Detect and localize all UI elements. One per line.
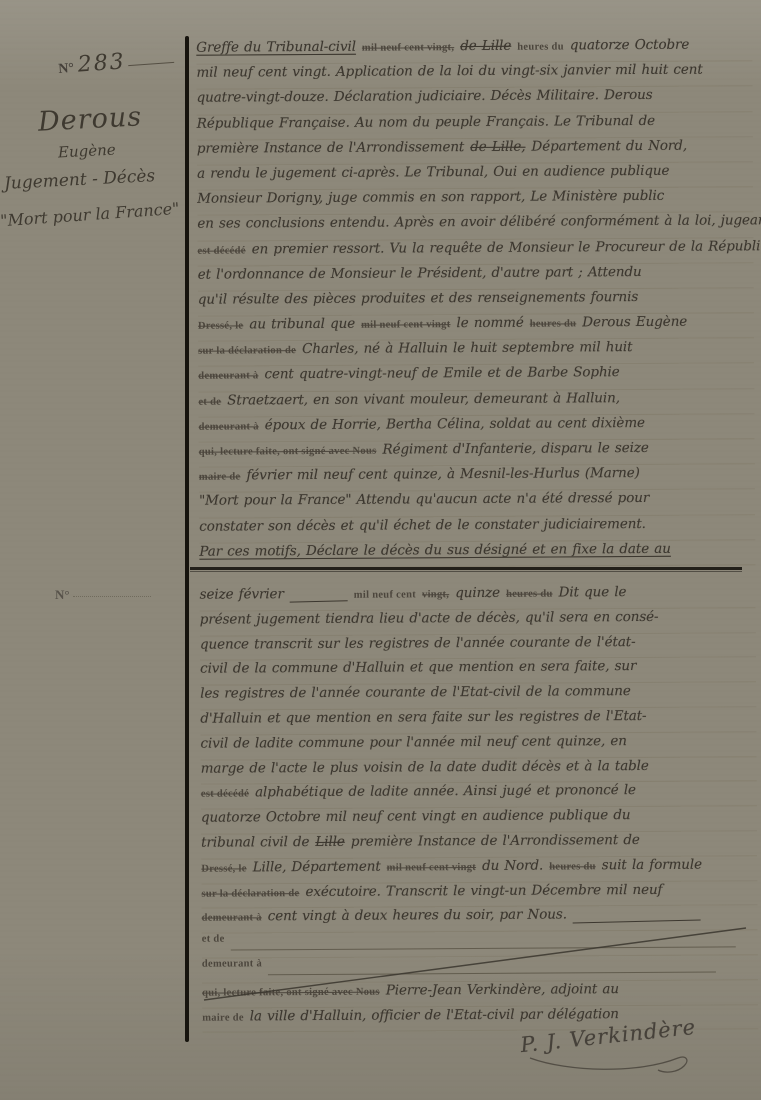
- handwritten-text: première Instance de l'Arrondissement de: [351, 832, 640, 850]
- printed-form-text: Dressé, le: [198, 320, 243, 331]
- vertical-rule: [185, 36, 189, 1042]
- second-act-number: N°: [55, 584, 151, 603]
- text-line: est décédéen premier ressort. Vu la requ…: [197, 238, 753, 267]
- handwritten-text: Straetzaert, en son vivant mouleur, deme…: [227, 390, 620, 408]
- printed-form-text: est décédé: [197, 245, 245, 256]
- printed-form-text: vingt,: [422, 589, 449, 600]
- handwritten-text: alphabétique de ladite année. Ainsi jugé…: [255, 782, 636, 800]
- text-line: Monsieur Dorigny, juge commis en son rap…: [197, 187, 753, 216]
- handwritten-text: quatorze Octobre mil neuf cent vingt en …: [201, 807, 631, 826]
- handwritten-text: et l'ordonnance de Monsieur le Président…: [198, 264, 642, 283]
- printed-form-text: mil neuf cent vingt,: [362, 42, 454, 54]
- handwritten-text: Monsieur Dorigny, juge commis en son rap…: [197, 188, 664, 207]
- scanned-register-page: N°283 Derous Eugène Jugement - Décès "Mo…: [0, 0, 761, 1100]
- margin-mention-mort-pour-la-france: "Mort pour la France": [0, 199, 180, 230]
- printed-form-text: demeurant à: [198, 371, 258, 382]
- handwritten-text: exécutoire. Transcrit le vingt-un Décemb…: [305, 881, 662, 899]
- text-line: constater son décès et qu'il échet de le…: [199, 515, 755, 544]
- handwritten-text: époux de Horrie, Bertha Célina, soldat a…: [265, 415, 645, 433]
- printed-form-text: mil neuf cent vingt: [361, 319, 450, 331]
- printed-form-text: Dressé, le: [201, 863, 246, 874]
- section-divider-rule: [190, 567, 742, 572]
- text-line: qui, lecture faite, ont signé avec NousR…: [199, 439, 755, 468]
- text-line: qui, lecture faite, ont signé avec NousP…: [202, 980, 758, 1008]
- handwritten-text: cent quatre-vingt-neuf de Emile et de Ba…: [264, 365, 619, 383]
- handwritten-text: marge de l'acte le plus voisin de la dat…: [201, 758, 649, 777]
- margin-firstname: Eugène: [58, 141, 117, 162]
- handwritten-text: Département du Nord,: [531, 137, 687, 154]
- text-line: et l'ordonnance de Monsieur le Président…: [198, 263, 754, 292]
- blank-fill-line: [268, 971, 716, 975]
- printed-form-text: sur la déclaration de: [201, 888, 299, 900]
- handwritten-text: qu'il résulte des pièces produites et de…: [198, 289, 638, 308]
- handwritten-text: quatre-vingt-douze. Déclaration judiciai…: [197, 87, 653, 106]
- handwritten-text: quinze: [455, 585, 500, 601]
- handwritten-dash-fill: [573, 920, 701, 924]
- text-line: et deStraetzaert, en son vivant mouleur,…: [198, 389, 754, 418]
- handwritten-text: en premier ressort. Vu la requête de Mon…: [252, 238, 761, 257]
- text-line: civil de la commune d'Halluin et que men…: [200, 658, 756, 686]
- handwritten-text: Régiment d'Infanterie, disparu le seize: [382, 440, 648, 458]
- printed-form-text: demeurant à: [199, 421, 259, 432]
- margin-act-type: Jugement - Décès: [4, 166, 156, 194]
- text-line: sur la déclaration deexécutoire. Transcr…: [201, 881, 757, 909]
- handwritten-text: mil neuf cent vingt. Application de la l…: [196, 62, 702, 81]
- act-number: N°283: [57, 46, 174, 79]
- text-line: présent jugement tiendra lieu d'acte de …: [200, 608, 756, 636]
- handwritten-text: première Instance de l'Arrondissement: [197, 139, 464, 157]
- handwritten-text: civil de la commune d'Halluin et que men…: [200, 658, 636, 677]
- margin-surname: Derous: [37, 101, 143, 137]
- printed-form-text: est décédé: [201, 789, 249, 800]
- text-line: première Instance de l'Arrondissementde …: [197, 137, 753, 166]
- signature-flourish: [528, 1052, 698, 1078]
- handwritten-text: février mil neuf cent quinze, à Mesnil-l…: [246, 465, 639, 483]
- handwritten-text: présent jugement tiendra lieu d'acte de …: [200, 609, 659, 628]
- printed-form-text: demeurant à: [202, 913, 262, 924]
- handwritten-text: la ville d'Halluin, officier de l'Etat-c…: [250, 1006, 619, 1024]
- printed-form-text: heures du: [530, 318, 577, 329]
- text-line: tribunal civil deLillepremière Instance …: [201, 831, 757, 859]
- printed-form-text: qui, lecture faite, ont signé avec Nous: [199, 446, 377, 458]
- handwritten-text: Charles, né à Halluin le huit septembre …: [302, 339, 632, 357]
- handwritten-text: les registres de l'année courante de l'E…: [200, 683, 631, 702]
- printed-form-text: mil neuf cent: [354, 589, 416, 600]
- text-line: civil de ladite commune pour l'année mil…: [200, 732, 756, 760]
- text-line: Dressé, leLille, Départementmil neuf cen…: [201, 856, 757, 884]
- handwritten-text: au tribunal que: [249, 316, 355, 333]
- second-act-number-label: N°: [55, 587, 70, 602]
- section-transcription: seize févriermil neuf centvingt,quinzehe…: [200, 583, 759, 1033]
- handwritten-text: tribunal civil de: [201, 834, 309, 851]
- printed-form-text: et de: [202, 934, 225, 945]
- handwritten-text: République Française. Au nom du peuple F…: [197, 112, 655, 131]
- text-line: demeurant à: [202, 955, 758, 983]
- handwritten-text: constater son décès et qu'il échet de le…: [199, 516, 646, 535]
- text-line: quence transcrit sur les registres de l'…: [200, 633, 756, 661]
- printed-form-text: et de: [198, 396, 221, 407]
- text-line: mil neuf cent vingt. Application de la l…: [196, 61, 752, 90]
- text-line: les registres de l'année courante de l'E…: [200, 682, 756, 710]
- handwritten-text: du Nord.: [482, 857, 543, 873]
- printed-form-text: maire de: [202, 1012, 244, 1023]
- handwritten-text: "Mort pour la France" Attendu qu'aucun a…: [199, 490, 649, 509]
- text-line: qu'il résulte des pièces produites et de…: [198, 288, 754, 317]
- section-jugement: Greffe du Tribunal-civilmil neuf cent vi…: [196, 36, 755, 568]
- handwritten-text: Greffe du Tribunal-civil: [196, 39, 356, 56]
- text-line: Greffe du Tribunal-civilmil neuf cent vi…: [196, 36, 752, 65]
- text-line: "Mort pour la France" Attendu qu'aucun a…: [199, 490, 755, 519]
- handwritten-text: le nommé: [456, 315, 523, 331]
- printed-form-text: sur la déclaration de: [198, 345, 296, 357]
- text-line: maire defévrier mil neuf cent quinze, à …: [199, 464, 755, 493]
- handwritten-text: Pierre-Jean Verkindère, adjoint au: [386, 981, 619, 998]
- text-line: quatorze Octobre mil neuf cent vingt en …: [201, 806, 757, 834]
- handwritten-text: Par ces motifs, Déclare le décès du sus …: [199, 541, 671, 560]
- handwritten-text: a rendu le jugement ci-après. Le Tribuna…: [197, 163, 669, 182]
- handwritten-text: Lille: [315, 834, 345, 850]
- handwritten-text: civil de ladite commune pour l'année mil…: [200, 733, 626, 752]
- handwritten-text: Lille, Département: [253, 858, 381, 875]
- text-line: sur la déclaration deCharles, né à Hallu…: [198, 339, 754, 368]
- handwritten-text: quatorze Octobre: [570, 37, 690, 54]
- act-number-value: 283: [77, 49, 127, 77]
- handwritten-text: de Lille: [460, 38, 511, 54]
- second-act-number-blank: [73, 596, 151, 597]
- handwritten-text: seize février: [200, 586, 284, 603]
- printed-form-text: heures du: [506, 589, 553, 600]
- text-line: demeurant àcent vingt à deux heures du s…: [202, 906, 758, 934]
- act-number-underline: [128, 62, 174, 66]
- printed-form-text: qui, lecture faite, ont signé avec Nous: [202, 986, 380, 998]
- text-line: demeurant àcent quatre-vingt-neuf de Emi…: [198, 364, 754, 393]
- handwritten-text: quence transcrit sur les registres de l'…: [200, 634, 636, 653]
- text-line: Dressé, leau tribunal quemil neuf cent v…: [198, 313, 754, 342]
- printed-form-text: heures du: [517, 41, 564, 52]
- margin-column: N°283 Derous Eugène Jugement - Décès "Mo…: [0, 0, 185, 1100]
- handwritten-text: Derous Eugène: [582, 314, 687, 331]
- text-line: demeurant àépoux de Horrie, Bertha Célin…: [199, 414, 755, 443]
- text-line: et de: [202, 930, 758, 958]
- text-line: est décédéalphabétique de ladite année. …: [201, 782, 757, 810]
- handwritten-text: cent vingt à deux heures du soir, par No…: [268, 907, 567, 925]
- text-line: a rendu le jugement ci-après. Le Tribuna…: [197, 162, 753, 191]
- handwritten-text: de Lille,: [470, 138, 525, 154]
- text-line: en ses conclusions entendu. Après en avo…: [197, 213, 753, 242]
- text-line: marge de l'acte le plus voisin de la dat…: [201, 757, 757, 785]
- text-line: d'Halluin et que mention en sera faite s…: [200, 707, 756, 735]
- handwritten-dash-fill: [290, 600, 348, 602]
- text-line: quatre-vingt-douze. Déclaration judiciai…: [197, 87, 753, 116]
- handwritten-text: en ses conclusions entendu. Après en avo…: [197, 212, 761, 232]
- printed-form-text: maire de: [199, 472, 241, 483]
- main-text-column: Greffe du Tribunal-civilmil neuf cent vi…: [196, 0, 752, 2]
- handwritten-text: d'Halluin et que mention en sera faite s…: [200, 708, 646, 727]
- act-number-label: N°: [58, 61, 75, 77]
- blank-fill-line: [231, 946, 736, 950]
- printed-form-text: heures du: [549, 861, 596, 872]
- text-line: République Française. Au nom du peuple F…: [197, 112, 753, 141]
- printed-form-text: mil neuf cent vingt: [387, 862, 476, 874]
- text-line: seize févriermil neuf centvingt,quinzehe…: [200, 583, 756, 611]
- text-line: Par ces motifs, Déclare le décès du sus …: [199, 540, 755, 569]
- handwritten-text: suit la formule: [602, 856, 702, 873]
- handwritten-text: Dit que le: [559, 584, 627, 600]
- printed-form-text: demeurant à: [202, 958, 262, 969]
